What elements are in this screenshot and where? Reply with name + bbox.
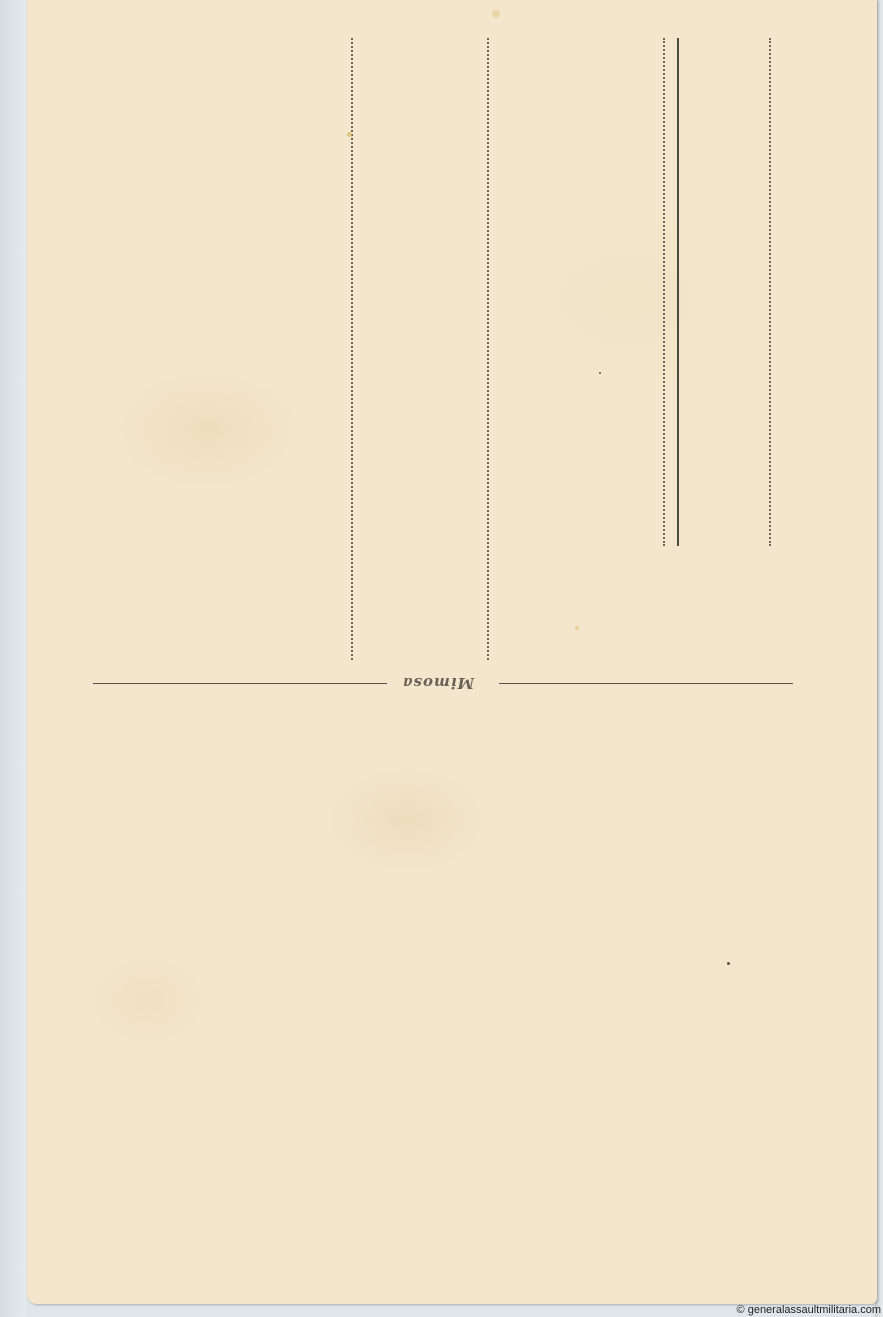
paper-speck	[599, 372, 601, 374]
divider-line-right	[499, 683, 793, 684]
stamp-box-dotted-line	[663, 38, 665, 546]
stamp-box-dotted-line-right	[769, 38, 771, 546]
paper-stain	[347, 132, 352, 137]
divider-line-left	[93, 683, 387, 684]
publisher-brand-mimosa: Mimosa	[383, 674, 493, 692]
copyright-watermark: © generalassaultmilitaria.com	[737, 1304, 881, 1316]
stamp-box-solid-line	[677, 38, 679, 546]
address-line-dotted-2	[487, 38, 489, 660]
paper-stain	[575, 626, 579, 630]
paper-speck	[727, 962, 730, 965]
scan-background-left	[0, 0, 26, 1317]
address-line-dotted-1	[351, 38, 353, 660]
postcard-back	[27, 0, 877, 1304]
paper-stain	[492, 10, 500, 18]
